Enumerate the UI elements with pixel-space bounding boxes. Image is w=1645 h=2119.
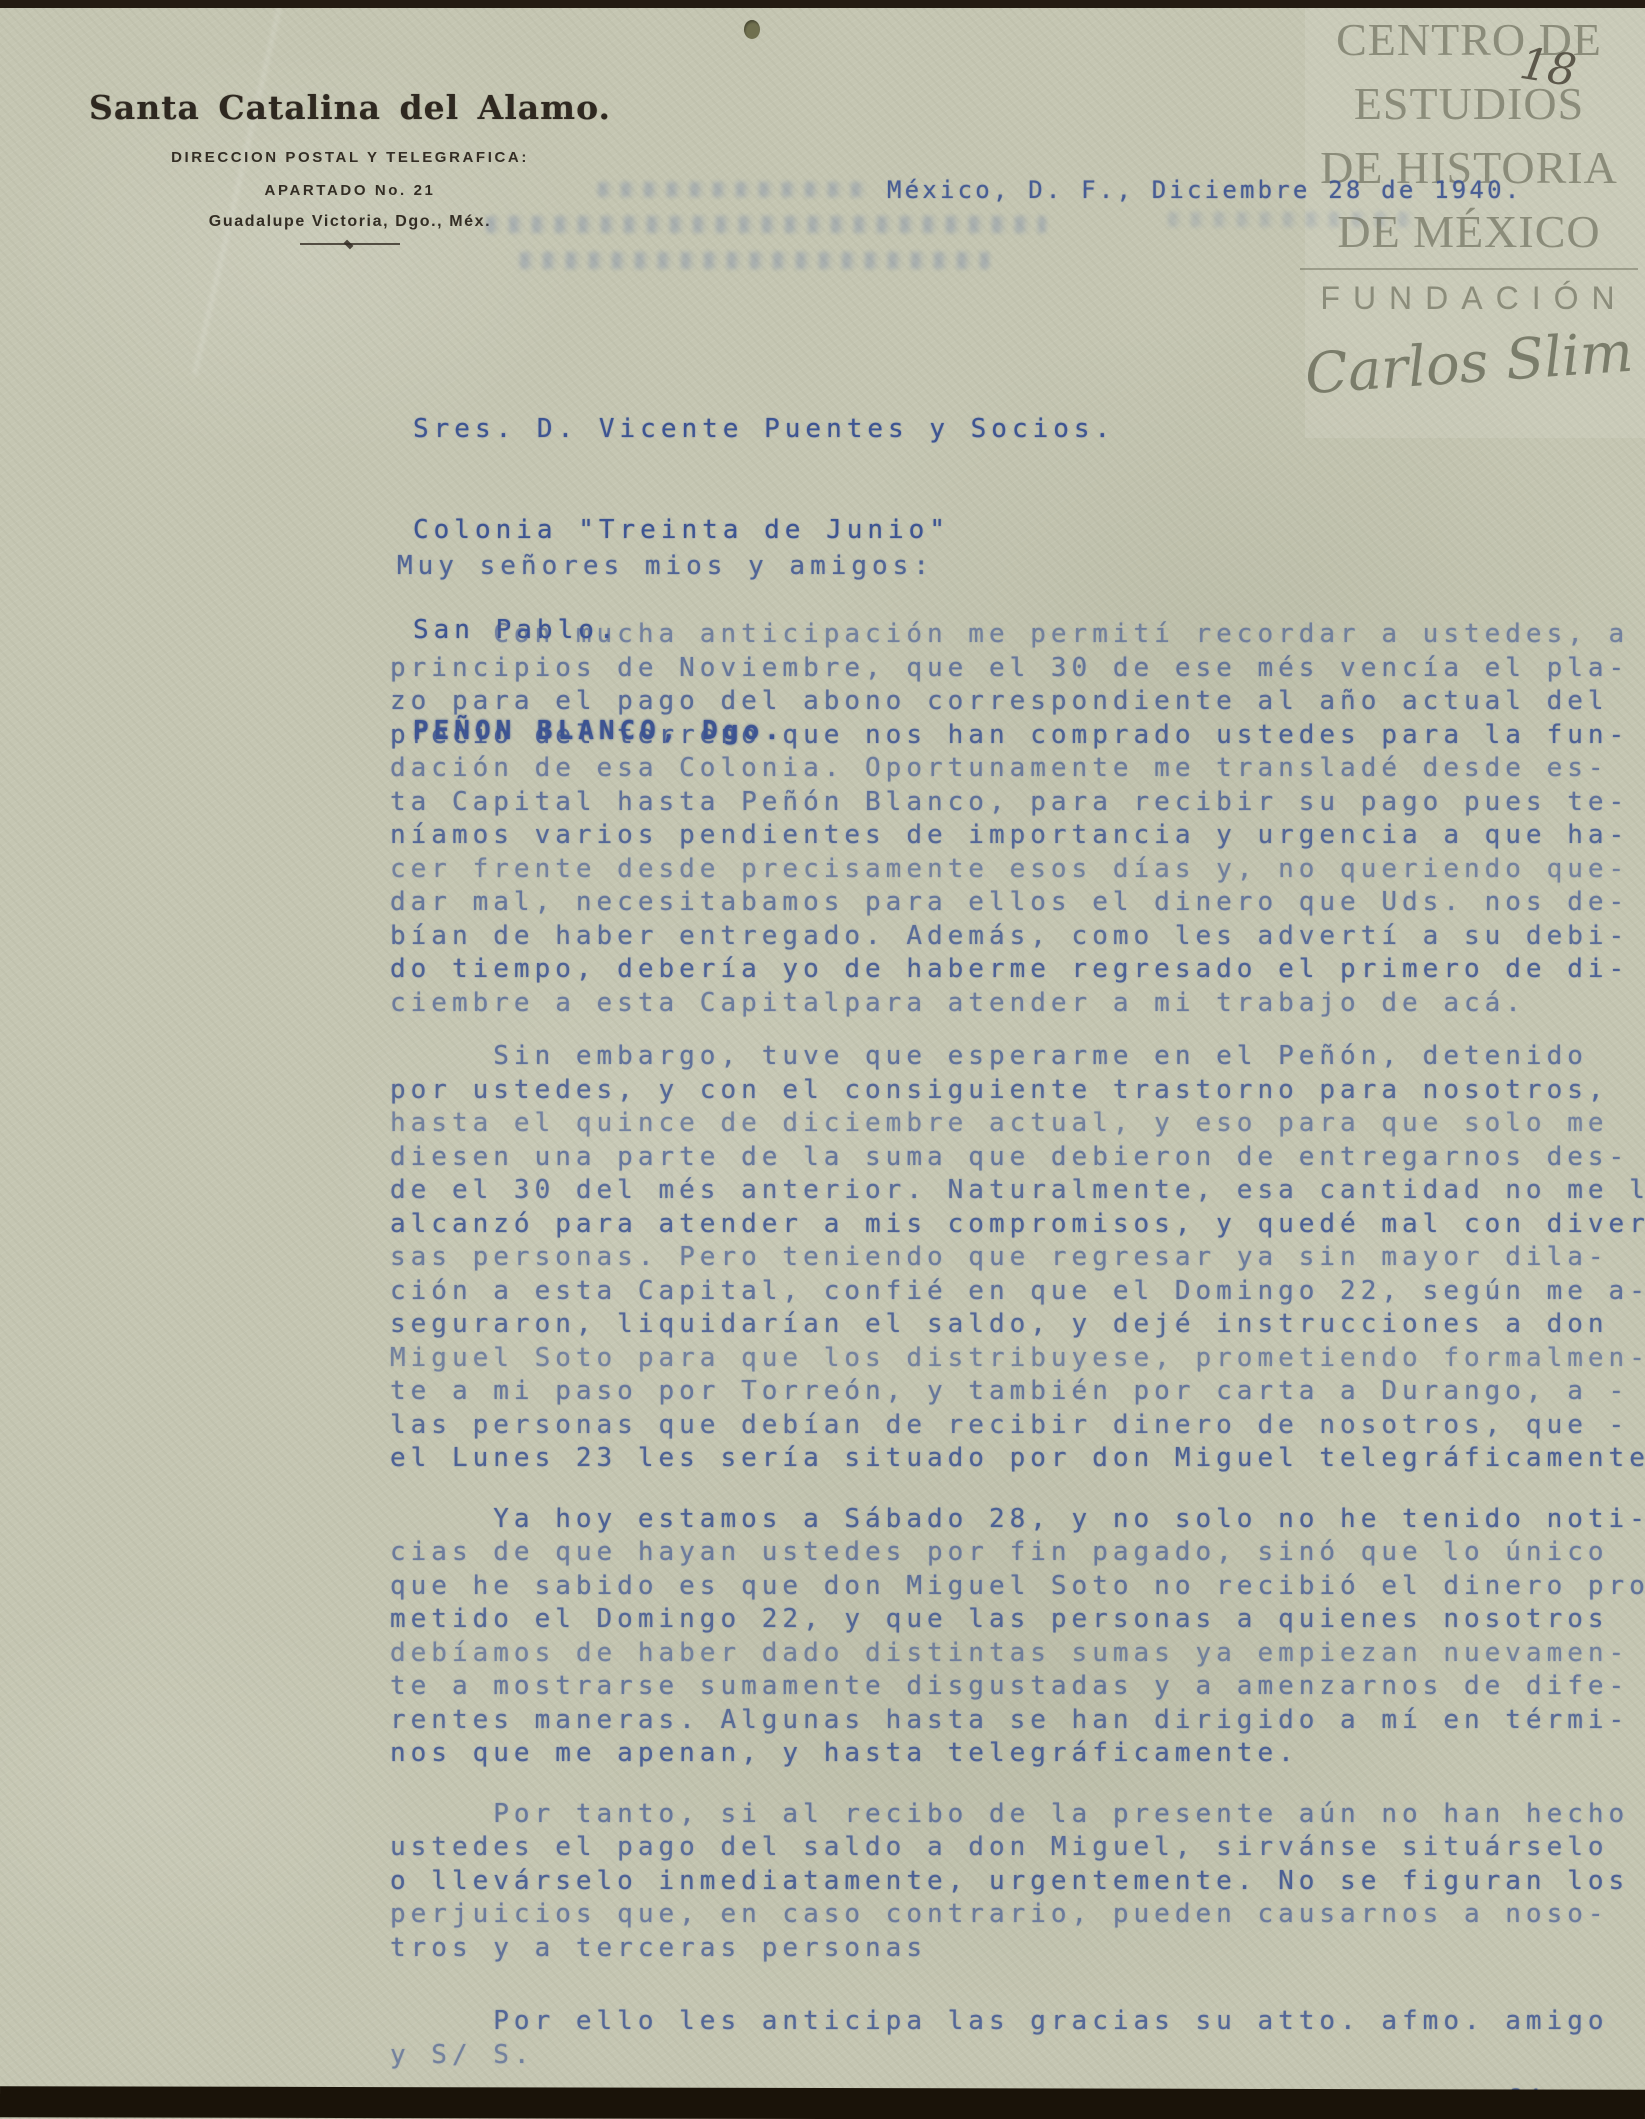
letter-line: do tiempo, debería yo de haberme regresa… — [390, 953, 1645, 987]
letterhead-postal-label: DIRECCION POSTAL Y TELEGRAFICA: — [70, 149, 630, 166]
paragraph: Sin embargo, tuve que esperarme en el Pe… — [390, 1040, 1645, 1476]
paragraph: Por tanto, si al recibo de la presente a… — [390, 1798, 1645, 1966]
handwritten-page-number: 18 — [1516, 38, 1579, 97]
letter-line: debíamos de haber dado distintas sumas y… — [390, 1637, 1645, 1671]
paragraph: Por ello les anticipa las gracias su att… — [390, 2005, 1645, 2072]
letter-line: perjuicios que, en caso contrario, puede… — [390, 1898, 1645, 1932]
letter-line: ciembre a esta Capitalpara atender a mi … — [390, 987, 1645, 1021]
letter-body: Con mucha anticipación me permití record… — [390, 618, 1645, 2072]
letter-line: te a mostrarse sumamente disgustadas y a… — [390, 1670, 1645, 1704]
letter-line: Con mucha anticipación me permití record… — [390, 618, 1645, 652]
watermark-divider — [1300, 268, 1638, 270]
letter-line: Miguel Soto para que los distribuyese, p… — [390, 1342, 1645, 1376]
scanned-letter-page: CENTRO DE ESTUDIOS DE HISTORIA DE MÉXICO… — [0, 0, 1645, 2119]
letter-line: Ya hoy estamos a Sábado 28, y no solo no… — [390, 1503, 1645, 1537]
letter-line: las personas que debían de recibir diner… — [390, 1409, 1645, 1443]
letter-line: seguraron, liquidarían el saldo, y dejé … — [390, 1308, 1645, 1342]
salutation: Muy señores mios y amigos: — [397, 551, 934, 581]
letter-line: dar mal, necesitabamos para ellos el din… — [390, 886, 1645, 920]
ink-bleed-smudge — [486, 216, 1046, 233]
recipient-line: Sres. D. Vicente Puentes y Socios. — [413, 413, 1115, 447]
letter-line: bían de haber entregado. Además, como le… — [390, 920, 1645, 954]
scan-edge-top — [0, 0, 1645, 8]
letter-line: diesen una parte de la suma que debieron… — [390, 1141, 1645, 1175]
letter-line: principios de Noviembre, que el 30 de es… — [390, 652, 1645, 686]
letter-line: dación de esa Colonia. Oportunamente me … — [390, 752, 1645, 786]
letter-line: te a mi paso por Torreón, y también por … — [390, 1375, 1645, 1409]
letter-line: sas personas. Pero teniendo que regresar… — [390, 1241, 1645, 1275]
scan-edge-bottom — [0, 2086, 1645, 2119]
letter-line: hasta el quince de diciembre actual, y e… — [390, 1107, 1645, 1141]
letter-dateline: México, D. F., Diciembre 28 de 1940. — [887, 176, 1522, 204]
letter-line: Por tanto, si al recibo de la presente a… — [390, 1798, 1645, 1832]
letter-line: y S/ S. — [390, 2039, 1645, 2073]
letter-line: tros y a terceras personas — [390, 1932, 1645, 1966]
letter-line: precio del terreno que nos han comprado … — [390, 719, 1645, 753]
letter-line: que he sabido es que don Miguel Soto no … — [390, 1570, 1645, 1604]
letter-line: el Lunes 23 les sería situado por don Mi… — [390, 1442, 1645, 1476]
watermark-line: ESTUDIOS — [1293, 72, 1645, 136]
paragraph: Con mucha anticipación me permití record… — [390, 618, 1645, 1020]
letter-line: metido el Domingo 22, y que las personas… — [390, 1603, 1645, 1637]
letterhead-apartado: APARTADO No. 21 — [70, 182, 630, 199]
punch-hole — [744, 20, 760, 39]
ink-bleed-smudge — [520, 252, 990, 269]
letter-line: Por ello les anticipa las gracias su att… — [390, 2005, 1645, 2039]
letter-line: de el 30 del més anterior. Naturalmente,… — [390, 1174, 1645, 1208]
letter-line: Sin embargo, tuve que esperarme en el Pe… — [390, 1040, 1645, 1074]
letterhead-name: Santa Catalina del Alamo. — [70, 88, 630, 127]
letter-line: cias de que hayan ustedes por fin pagado… — [390, 1536, 1645, 1570]
recipient-line: Colonia "Treinta de Junio" — [413, 514, 1115, 548]
letter-line: zo para el pago del abono correspondient… — [390, 685, 1645, 719]
letter-line: níamos varios pendientes de importancia … — [390, 819, 1645, 853]
ink-bleed-smudge — [598, 182, 868, 197]
letter-line: por ustedes, y con el consiguiente trast… — [390, 1074, 1645, 1108]
letter-line: o llevárselo inmediatamente, urgentement… — [390, 1865, 1645, 1899]
letter-line: ustedes el pago del saldo a don Miguel, … — [390, 1831, 1645, 1865]
watermark-foundation-label: FUNDACIÓN — [1293, 280, 1645, 317]
letter-line: rentes maneras. Algunas hasta se han dir… — [390, 1704, 1645, 1738]
letter-line: nos que me apenan, y hasta telegráficame… — [390, 1737, 1645, 1771]
letter-line: ta Capital hasta Peñón Blanco, para reci… — [390, 786, 1645, 820]
watermark-signature: Carlos Slim — [1291, 319, 1645, 408]
letter-line: ción a esta Capital, confié en que el Do… — [390, 1275, 1645, 1309]
letterhead-divider — [300, 243, 400, 245]
letter-line: alcanzó para atender a mis compromisos, … — [390, 1208, 1645, 1242]
watermark-line: DE MÉXICO — [1293, 200, 1645, 264]
watermark-line: CENTRO DE — [1293, 8, 1645, 72]
paragraph: Ya hoy estamos a Sábado 28, y no solo no… — [390, 1503, 1645, 1771]
letter-line: cer frente desde precisamente esos días … — [390, 853, 1645, 887]
